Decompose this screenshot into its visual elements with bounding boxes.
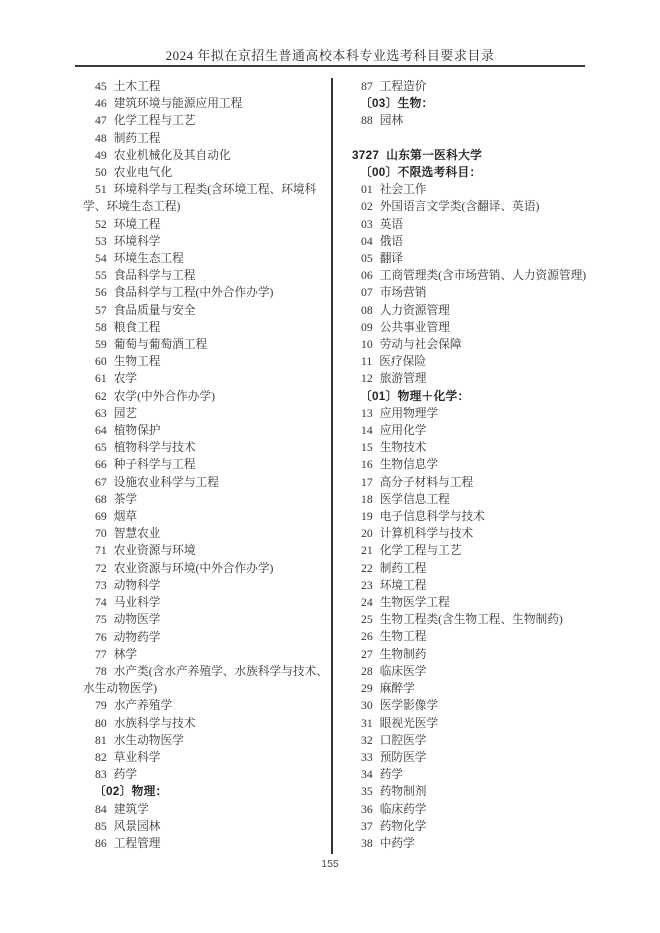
major-row: 69烟草 [83,508,331,525]
major-row: 64植物保护 [83,422,331,439]
major-code: 47 [95,114,107,127]
major-code: 38 [361,837,373,850]
major-name: 制药工程 [380,562,427,575]
major-name: 环境工程 [380,579,427,592]
major-name: 水生动物医学 [114,734,184,747]
major-name: 医学影像学 [380,699,438,712]
major-row: 87工程造价 [349,78,588,95]
major-name: 建筑学 [114,803,149,816]
major-row: 27生物制药 [349,646,588,663]
major-name: 土木工程 [114,80,161,93]
major-row: 76动物药学 [83,629,331,646]
major-row: 60生物工程 [83,353,331,370]
major-row: 55食品科学与工程 [83,267,331,284]
page-title: 2024 年拟在京招生普通高校本科专业选考科目要求目录 [0,45,660,64]
major-code: 78 [95,665,107,678]
major-name: 生物医学工程 [380,596,450,609]
major-code: 87 [361,80,373,93]
major-code: 53 [95,235,107,248]
major-row: 50农业电气化 [83,164,331,181]
major-code: 21 [361,544,373,557]
major-row: 11医疗保险 [349,353,588,370]
major-code: 74 [95,596,107,609]
major-name: 外国语言文学类(含翻译、英语) [380,200,540,213]
major-code: 65 [95,441,107,454]
major-row: 79水产养殖学 [83,697,331,714]
major-name: 俄语 [380,235,403,248]
major-name: 医学信息工程 [380,493,450,506]
major-row: 47化学工程与工艺 [83,112,331,129]
major-row: 08人力资源管理 [349,302,588,319]
major-code: 24 [361,596,373,609]
major-row: 58粮食工程 [83,319,331,336]
major-code: 07 [361,286,373,299]
subject-requirement-heading: 〔00〕不限选考科目： [349,164,588,181]
heading-text: 〔02〕物理： [94,785,168,798]
major-row: 61农学 [83,370,331,387]
major-row: 32口腔医学 [349,732,588,749]
major-row: 83药学 [83,766,331,783]
major-row: 05翻译 [349,250,588,267]
major-row: 15生物技术 [349,439,588,456]
major-code: 46 [95,97,107,110]
subject-requirement-heading: 〔01〕物理＋化学： [349,388,588,405]
major-name: 药学 [114,768,137,781]
major-row: 53环境科学 [83,233,331,250]
major-row: 70智慧农业 [83,525,331,542]
major-name: 林学 [114,648,137,661]
major-name: 旅游管理 [380,372,427,385]
major-code: 18 [361,493,373,506]
major-code: 66 [95,458,107,471]
major-row: 09公共事业管理 [349,319,588,336]
major-name: 应用化学 [380,424,427,437]
major-row: 67设施农业科学与工程 [83,474,331,491]
major-name: 茶学 [114,493,137,506]
major-row: 03英语 [349,216,588,233]
major-code: 88 [361,114,373,127]
major-name: 生物技术 [380,441,427,454]
major-name: 食品科学与工程(中外合作办学) [114,286,274,299]
major-row: 02外国语言文学类(含翻译、英语) [349,198,588,215]
major-name: 动物药学 [114,631,161,644]
major-name: 翻译 [380,252,403,265]
major-row: 62农学(中外合作办学) [83,388,331,405]
major-name: 工程管理 [114,837,161,850]
major-name: 农业机械化及其自动化 [114,149,231,162]
major-row: 17高分子材料与工程 [349,474,588,491]
major-code: 60 [95,355,107,368]
major-name: 生物工程 [114,355,161,368]
major-name: 水产养殖学 [114,699,172,712]
major-code: 50 [95,166,107,179]
major-code: 73 [95,579,107,592]
major-row: 36临床药学 [349,801,588,818]
major-name: 生物制药 [380,648,427,661]
major-row: 75动物医学 [83,611,331,628]
major-name: 草业科学 [114,751,161,764]
major-name: 农学(中外合作办学) [114,390,215,403]
major-name: 生物工程类(含生物工程、生物制药) [380,613,563,626]
major-row: 37药物化学 [349,818,588,835]
major-name: 药学 [380,768,403,781]
major-code: 55 [95,269,107,282]
major-name: 应用物理学 [380,407,438,420]
major-row: 77林学 [83,646,331,663]
subject-requirement-heading: 〔03〕生物： [349,95,588,112]
major-name: 植物保护 [114,424,161,437]
major-name: 制药工程 [114,132,161,145]
major-name: 水产类(含水产养殖学、水族科学与技术、水生动物医学) [83,665,328,695]
major-name: 园艺 [114,407,137,420]
major-name: 葡萄与葡萄酒工程 [114,338,208,351]
major-row: 12旅游管理 [349,370,588,387]
major-code: 25 [361,613,373,626]
major-name: 设施农业科学与工程 [114,476,219,489]
major-name: 生物工程 [380,630,427,643]
major-row: 66种子科学与工程 [83,456,331,473]
university-heading: 3727山东第一医科大学 [349,147,588,164]
major-code: 58 [95,321,107,334]
major-code: 75 [95,613,107,626]
major-row: 23环境工程 [349,577,588,594]
major-code: 63 [95,407,107,420]
major-code: 32 [361,734,373,747]
major-code: 82 [95,751,107,764]
right-column: 87工程造价〔03〕生物：88园林3727山东第一医科大学〔00〕不限选考科目：… [333,78,588,852]
major-code: 27 [361,648,373,661]
major-code: 71 [95,544,107,557]
major-row: 01社会工作 [349,181,588,198]
major-row: 04俄语 [349,233,588,250]
major-name: 水族科学与技术 [114,717,196,730]
major-name: 智慧农业 [114,527,161,540]
major-name: 农业资源与环境 [114,544,196,557]
major-name: 环境生态工程 [114,252,184,265]
major-row: 86工程管理 [83,835,331,852]
major-code: 04 [361,235,373,248]
major-name: 医疗保险 [379,355,426,368]
document-page: 2024 年拟在京招生普通高校本科专业选考科目要求目录 45土木工程46建筑环境… [0,0,660,933]
major-code: 08 [361,304,373,317]
major-row: 68茶学 [83,491,331,508]
major-code: 36 [361,803,373,816]
major-row: 51环境科学与工程类(含环境工程、环境科学、环境生态工程) [83,181,331,215]
major-code: 86 [95,837,107,850]
major-row: 06工商管理类(含市场营销、人力资源管理) [349,267,588,284]
major-row: 07市场营销 [349,284,588,301]
major-code: 54 [95,252,107,265]
major-code: 62 [95,390,107,403]
major-row: 19电子信息科学与技术 [349,508,588,525]
major-name: 农业资源与环境(中外合作办学) [114,562,274,575]
university-name: 山东第一医科大学 [386,149,482,162]
major-name: 人力资源管理 [380,304,450,317]
major-row: 80水族科学与技术 [83,715,331,732]
major-code: 77 [95,648,107,661]
major-code: 70 [95,527,107,540]
major-row: 52环境工程 [83,216,331,233]
major-row: 31眼视光医学 [349,715,588,732]
major-name: 园林 [380,114,403,127]
major-row: 84建筑学 [83,801,331,818]
major-code: 23 [361,579,373,592]
major-name: 计算机科学与技术 [380,527,474,540]
major-row: 72农业资源与环境(中外合作办学) [83,560,331,577]
major-code: 19 [361,510,373,523]
major-code: 06 [361,269,373,282]
major-code: 80 [95,717,107,730]
major-code: 56 [95,286,107,299]
major-name: 临床药学 [380,803,427,816]
major-code: 09 [361,321,373,334]
major-name: 眼视光医学 [380,717,438,730]
major-code: 83 [95,768,107,781]
major-code: 84 [95,803,107,816]
major-name: 环境科学与工程类(含环境工程、环境科学、环境生态工程) [83,183,316,213]
major-row: 16生物信息学 [349,456,588,473]
major-name: 工程造价 [380,80,427,93]
major-row: 46建筑环境与能源应用工程 [83,95,331,112]
major-code: 17 [361,476,373,489]
major-row: 73动物科学 [83,577,331,594]
major-name: 食品科学与工程 [114,269,196,282]
major-row: 54环境生态工程 [83,250,331,267]
major-name: 电子信息科学与技术 [380,510,485,523]
subject-requirement-heading: 〔02〕物理： [83,783,331,800]
two-column-layout: 45土木工程46建筑环境与能源应用工程47化学工程与工艺48制药工程49农业机械… [72,78,588,854]
major-row: 48制药工程 [83,130,331,147]
major-row: 34药学 [349,766,588,783]
major-code: 13 [361,407,373,420]
major-name: 食品质量与安全 [114,304,196,317]
heading-text: 〔03〕生物： [360,97,434,110]
major-name: 口腔医学 [380,734,427,747]
major-row: 85风景园林 [83,818,331,835]
title-divider-rule [75,65,585,67]
heading-text: 〔01〕物理＋化学： [360,390,470,403]
major-row: 14应用化学 [349,422,588,439]
major-name: 种子科学与工程 [114,458,196,471]
major-row: 26生物工程 [349,628,588,645]
major-name: 临床医学 [380,665,427,678]
major-name: 动物科学 [114,579,161,592]
major-name: 农业电气化 [114,166,172,179]
major-name: 建筑环境与能源应用工程 [114,97,243,110]
major-row: 82草业科学 [83,749,331,766]
major-name: 环境科学 [114,235,161,248]
major-code: 29 [361,682,373,695]
major-code: 05 [361,252,373,265]
major-row: 59葡萄与葡萄酒工程 [83,336,331,353]
major-code: 15 [361,441,373,454]
heading-text: 〔00〕不限选考科目： [360,166,482,179]
major-code: 85 [95,820,107,833]
major-row: 20计算机科学与技术 [349,525,588,542]
major-code: 30 [361,699,373,712]
major-name: 社会工作 [380,183,427,196]
major-row: 25生物工程类(含生物工程、生物制药) [349,611,588,628]
major-code: 34 [361,768,373,781]
major-row: 35药物制剂 [349,783,588,800]
major-name: 高分子材料与工程 [380,476,474,489]
major-name: 公共事业管理 [380,321,450,334]
major-row: 21化学工程与工艺 [349,542,588,559]
major-code: 68 [95,493,107,506]
major-row: 24生物医学工程 [349,594,588,611]
major-row: 22制药工程 [349,560,588,577]
major-code: 20 [361,527,373,540]
major-row: 88园林 [349,112,588,129]
major-row: 38中药学 [349,835,588,852]
major-name: 环境工程 [114,218,161,231]
major-row: 13应用物理学 [349,405,588,422]
major-row: 30医学影像学 [349,697,588,714]
major-row: 78水产类(含水产养殖学、水族科学与技术、水生动物医学) [83,663,331,697]
major-code: 69 [95,510,107,523]
major-name: 烟草 [114,510,137,523]
major-row: 74马业科学 [83,594,331,611]
major-code: 31 [361,717,373,730]
major-code: 03 [361,218,373,231]
major-name: 工商管理类(含市场营销、人力资源管理) [380,269,586,282]
major-name: 药物化学 [380,820,427,833]
major-row: 28临床医学 [349,663,588,680]
major-code: 64 [95,424,107,437]
major-row: 63园艺 [83,405,331,422]
major-name: 劳动与社会保障 [380,338,462,351]
university-code: 3727 [352,149,379,162]
major-row: 65植物科学与技术 [83,439,331,456]
major-code: 45 [95,80,107,93]
major-code: 02 [361,200,373,213]
major-code: 12 [361,372,373,385]
major-code: 48 [95,132,107,145]
major-code: 28 [361,665,373,678]
major-code: 33 [361,751,373,764]
major-name: 化学工程与工艺 [380,544,462,557]
major-code: 37 [361,820,373,833]
major-name: 中药学 [380,837,415,850]
page-number: 155 [0,858,660,870]
major-row: 56食品科学与工程(中外合作办学) [83,284,331,301]
major-row: 29麻醉学 [349,680,588,697]
major-code: 76 [95,631,107,644]
major-row: 49农业机械化及其自动化 [83,147,331,164]
major-row: 45土木工程 [83,78,331,95]
blank-line [349,130,588,147]
major-name: 预防医学 [380,751,427,764]
major-name: 动物医学 [114,613,161,626]
major-name: 植物科学与技术 [114,441,196,454]
major-name: 生物信息学 [380,458,438,471]
major-code: 11 [361,355,372,368]
major-code: 10 [361,338,373,351]
major-code: 35 [361,785,373,798]
major-code: 79 [95,699,107,712]
major-code: 57 [95,304,107,317]
major-row: 18医学信息工程 [349,491,588,508]
major-name: 风景园林 [114,820,161,833]
major-code: 16 [361,458,373,471]
major-name: 药物制剂 [380,785,427,798]
major-code: 72 [95,562,107,575]
major-code: 61 [95,372,107,385]
major-row: 33预防医学 [349,749,588,766]
major-row: 10劳动与社会保障 [349,336,588,353]
major-code: 52 [95,218,107,231]
major-code: 01 [361,183,373,196]
major-code: 14 [361,424,373,437]
major-row: 57食品质量与安全 [83,302,331,319]
major-name: 麻醉学 [380,682,415,695]
major-name: 农学 [114,372,137,385]
major-name: 市场营销 [380,286,427,299]
left-column: 45土木工程46建筑环境与能源应用工程47化学工程与工艺48制药工程49农业机械… [72,78,331,852]
major-code: 26 [361,630,373,643]
major-name: 英语 [380,218,403,231]
major-row: 71农业资源与环境 [83,542,331,559]
major-code: 51 [95,183,107,196]
major-name: 化学工程与工艺 [114,114,196,127]
major-row: 81水生动物医学 [83,732,331,749]
major-name: 马业科学 [114,596,161,609]
major-code: 81 [95,734,107,747]
major-name: 粮食工程 [114,321,161,334]
major-code: 22 [361,562,373,575]
major-code: 67 [95,476,107,489]
major-code: 49 [95,149,107,162]
major-code: 59 [95,338,107,351]
